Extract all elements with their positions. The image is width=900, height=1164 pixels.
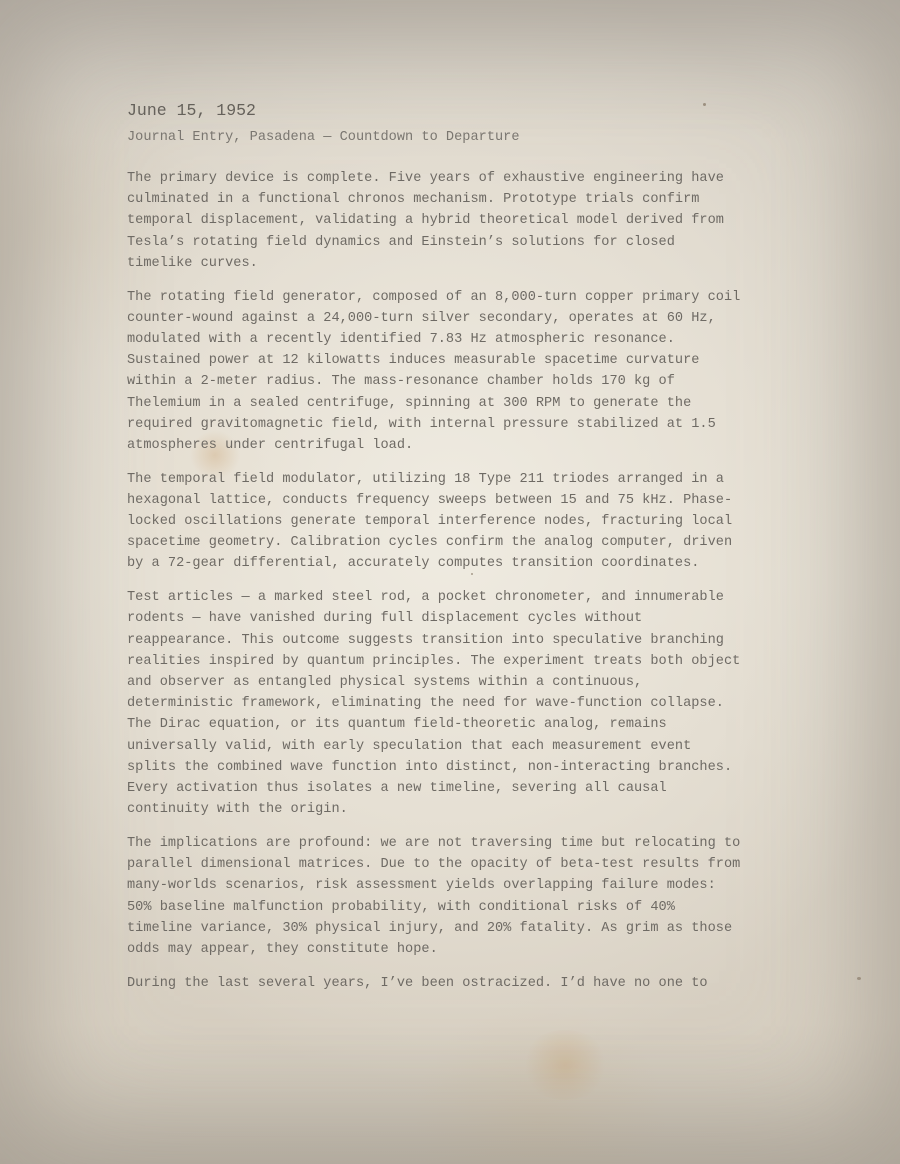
paragraph-device-complete: The primary device is complete. Five yea…	[127, 168, 807, 274]
journal-entry: June 15, 1952 Journal Entry, Pasadena — …	[127, 100, 807, 994]
coffee-stain	[520, 1030, 610, 1100]
paragraph-test-articles: Test articles — a marked steel rod, a po…	[127, 587, 807, 820]
paragraph-ostracized: During the last several years, I’ve been…	[127, 973, 807, 994]
entry-date: June 15, 1952	[127, 100, 807, 122]
entry-subtitle: Journal Entry, Pasadena — Countdown to D…	[127, 128, 807, 148]
paper-speck	[857, 977, 861, 980]
paragraph-field-generator: The rotating field generator, composed o…	[127, 287, 807, 457]
entry-body: The primary device is complete. Five yea…	[127, 168, 807, 994]
paragraph-field-modulator: The temporal field modulator, utilizing …	[127, 469, 807, 575]
paragraph-implications: The implications are profound: we are no…	[127, 833, 807, 960]
